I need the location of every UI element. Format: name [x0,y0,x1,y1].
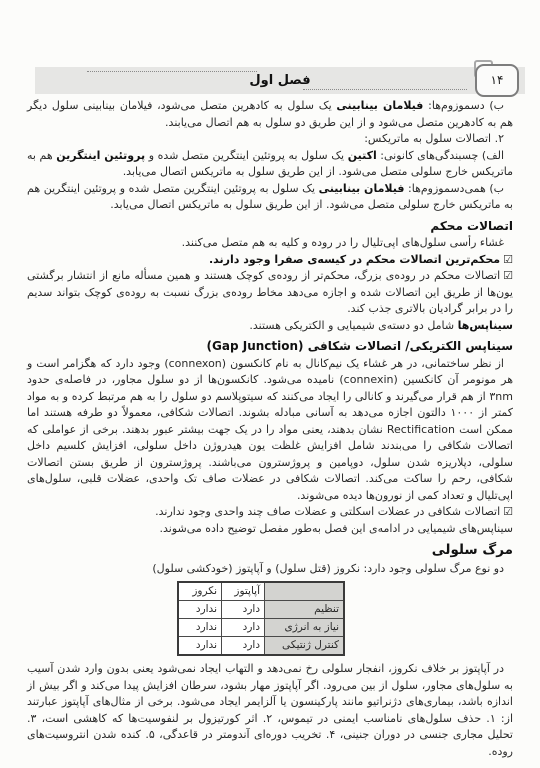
table-header-empty [265,582,345,601]
row-label-genetic-control: کنترل ژنتیکی [265,637,345,656]
table-header-apoptosis: آپاپتوز [222,582,265,601]
checked-checkbox-icon: ☑ [503,253,513,266]
table-row: نیاز به انرژی دارد ندارد [178,619,344,637]
table-row: کنترل ژنتیکی دارد ندارد [178,637,344,656]
note-skeletal-muscle: ☑اتصالات شکافی در عضلات اسکلتی و عضلات ص… [27,504,513,521]
paragraph-apoptosis-examples: در آپاپتوز بر خلاف نکروز، انفجار سلولی ر… [27,661,513,760]
paragraph-synapse-types: سیناپس‌ها شامل دو دسته‌ی شیمیایی و الکتر… [27,318,513,335]
checked-checkbox-icon: ☑ [503,505,513,518]
paragraph-chemical-synapses: سیناپس‌های شیمیایی در ادامه‌ی این فصل به… [27,521,513,538]
chapter-header: فصل اول ۱۴ [35,67,525,94]
bold-term-integrin-protein: پروتئین اینتگرین [56,149,145,162]
section-heading-tight-junctions: اتصالات محکم [27,218,513,235]
page-number-badge: ۱۴ [475,64,519,97]
bold-term-intermediate-filament: فیلامان بینابینی [336,99,423,112]
table-header-row: آپاپتوز نکروز [178,582,344,601]
note-colon-tight-junctions: ☑اتصالات محکم در روده‌ی بزرگ، محکم‌تر از… [27,268,513,318]
section-heading-gap-junction: سیناپس الکتریکی/ اتصالات شکافی (Gap Junc… [27,338,513,355]
paragraph-gap-junction-structure: از نظر ساختمانی، در هر غشاء یک نیم‌کانال… [27,356,513,505]
chapter-title: فصل اول [35,67,525,94]
paragraph-focal-adhesions: الف) چسبندگی‌های کانونی: اکتین یک سلول ب… [27,148,513,181]
note-text: محکم‌ترین اتصالات محکم در کیسه‌ی صفرا وج… [209,253,500,266]
cell-value: دارد [222,637,265,656]
table-header-necrosis: نکروز [178,582,222,601]
paragraph-desmosomes: ب) دسموزوم‌ها: فیلامان بینابینی یک سلول … [27,98,513,131]
list-title-cell-matrix-junctions: ۲. اتصالات سلول به ماتریکس: [27,131,513,148]
note-text: اتصالات شکافی در عضلات اسکلتی و عضلات صا… [155,505,500,518]
paragraph-text: شامل دو دسته‌ی شیمیایی و الکتریکی هستند. [249,319,457,332]
cell-value: ندارد [178,601,222,619]
paragraph-cell-death-intro: دو نوع مرگ سلولی وجود دارد: نکروز (قتل س… [27,561,513,578]
paragraph-hemidesmosomes: ب) همی‌دسموزوم‌ها: فیلامان بینابینی یک س… [27,181,513,214]
table-row: تنظیم دارد ندارد [178,601,344,619]
note-text: اتصالات محکم در روده‌ی بزرگ، محکم‌تر از … [27,269,513,315]
section-heading-cell-death: مرگ سلولی [27,542,513,559]
cell-value: دارد [222,619,265,637]
paragraph-text: یک سلول به پروتئین اینتگرین متصل شده و [145,149,348,162]
paragraph-text: ب) دسموزوم‌ها: [423,99,504,112]
page-body: ب) دسموزوم‌ها: فیلامان بینابینی یک سلول … [27,98,513,760]
cell-value: دارد [222,601,265,619]
page-number: ۱۴ [491,73,504,87]
row-label-energy-requirement: نیاز به انرژی [265,619,345,637]
paragraph-text: الف) چسبندگی‌های کانونی: [377,149,504,162]
note-gallbladder: ☑محکم‌ترین اتصالات محکم در کیسه‌ی صفرا و… [27,252,513,269]
row-label-regulation: تنظیم [265,601,345,619]
cell-value: ندارد [178,619,222,637]
bold-term-intermediate-filament: فیلامان بینابینی [319,182,405,195]
cell-value: ندارد [178,637,222,656]
cell-death-comparison-table: آپاپتوز نکروز تنظیم دارد ندارد نیاز به ا… [177,581,345,656]
paragraph-text: ب) همی‌دسموزوم‌ها: [404,182,504,195]
bold-term-synapses: سیناپس‌ها [458,319,513,332]
checked-checkbox-icon: ☑ [503,269,513,282]
bold-term-actin: اکتین [348,149,377,162]
paragraph-apical-membrane: غشاء رأسی سلول‌های اپی‌تلیال را در روده … [27,235,513,252]
